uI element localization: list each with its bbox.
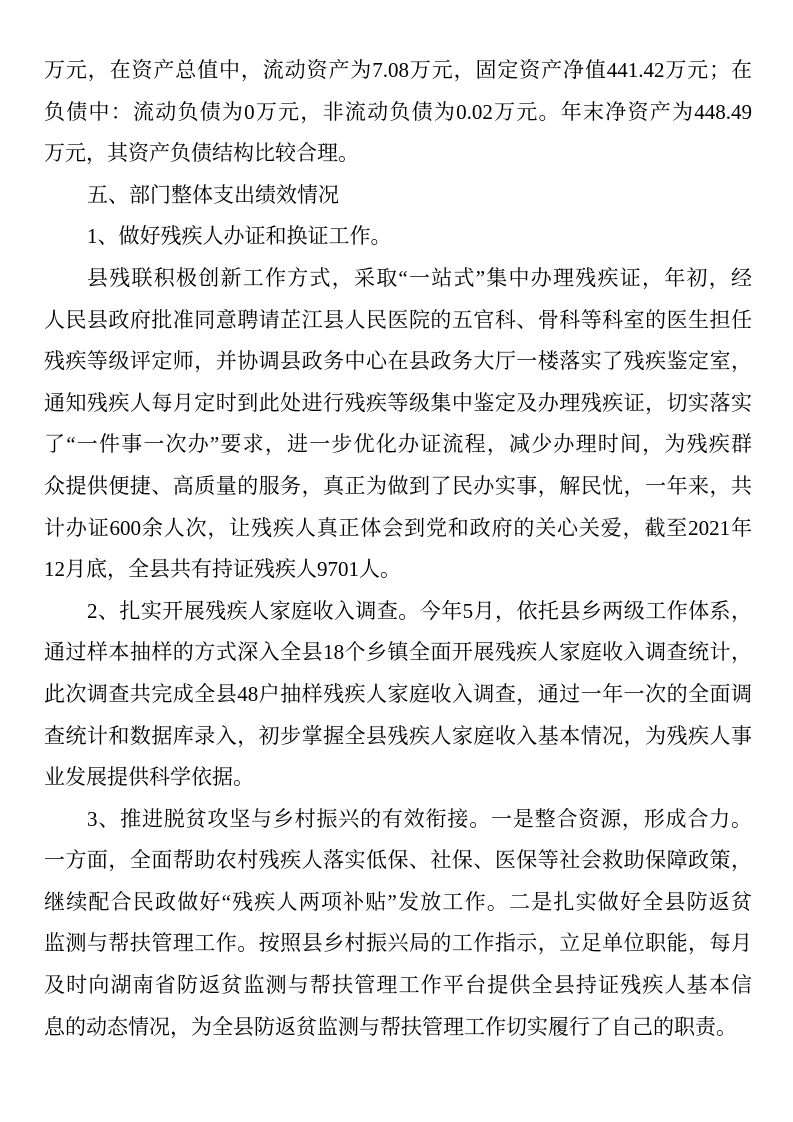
text-line: 此次调查共完成全县48户抽样残疾人家庭收入调查，通过一年一次的全面调: [44, 674, 752, 716]
paragraph-financial-summary: 万元，在资产总值中，流动资产为7.08万元，固定资产净值441.42万元；在 负…: [44, 50, 752, 175]
text-line: 众提供便捷、高质量的服务，真正为做到了民办实事，解民忧，一年来，共: [44, 466, 752, 508]
text-line: 及时向湖南省防返贫监测与帮扶管理工作平台提供全县持证残疾人基本信: [44, 965, 752, 1007]
text-line: 万元，在资产总值中，流动资产为7.08万元，固定资产净值441.42万元；在: [44, 50, 752, 92]
text-line: 12月底，全县共有持证残疾人9701人。: [44, 549, 752, 591]
section-heading: 五、部门整体支出绩效情况: [44, 175, 752, 217]
text-line: 万元，其资产负债结构比较合理。: [44, 133, 752, 175]
text-line: 3、推进脱贫攻坚与乡村振兴的有效衔接。一是整合资源，形成合力。: [44, 799, 752, 841]
text-line: 通过样本抽样的方式深入全县18个乡镇全面开展残疾人家庭收入调查统计，: [44, 632, 752, 674]
item-1-body: 县残联积极创新工作方式，采取“一站式”集中办理残疾证，年初，经 人民县政府批准同…: [44, 258, 752, 591]
item-3-body: 3、推进脱贫攻坚与乡村振兴的有效衔接。一是整合资源，形成合力。 一方面，全面帮助…: [44, 799, 752, 1049]
text-line: 继续配合民政做好“残疾人两项补贴”发放工作。二是扎实做好全县防返贫: [44, 882, 752, 924]
document-body: 万元，在资产总值中，流动资产为7.08万元，固定资产净值441.42万元；在 负…: [44, 50, 752, 1048]
text-line: 人民县政府批准同意聘请芷江县人民医院的五官科、骨科等科室的医生担任: [44, 300, 752, 342]
text-line: 县残联积极创新工作方式，采取“一站式”集中办理残疾证，年初，经: [44, 258, 752, 300]
text-line: 残疾等级评定师，并协调县政务中心在县政务大厅一楼落实了残疾鉴定室，: [44, 341, 752, 383]
text-line: 业发展提供科学依据。: [44, 757, 752, 799]
item-1-title: 1、做好残疾人办证和换证工作。: [44, 216, 752, 258]
text-line: 计办证600余人次，让残疾人真正体会到党和政府的关心关爱，截至2021年: [44, 508, 752, 550]
document-page: 万元，在资产总值中，流动资产为7.08万元，固定资产净值441.42万元；在 负…: [0, 0, 793, 1122]
text-line: 息的动态情况，为全县防返贫监测与帮扶管理工作切实履行了自己的职责。: [44, 1007, 752, 1049]
text-line: 负债中：流动负债为0万元，非流动负债为0.02万元。年末净资产为448.49: [44, 92, 752, 134]
text-line: 1、做好残疾人办证和换证工作。: [44, 216, 752, 258]
text-line: 一方面，全面帮助农村残疾人落实低保、社保、医保等社会救助保障政策，: [44, 840, 752, 882]
text-line: 通知残疾人每月定时到此处进行残疾等级集中鉴定及办理残疾证，切实落实: [44, 383, 752, 425]
text-line: 了“一件事一次办”要求，进一步优化办证流程，减少办理时间，为残疾群: [44, 424, 752, 466]
text-line: 查统计和数据库录入，初步掌握全县残疾人家庭收入基本情况，为残疾人事: [44, 716, 752, 758]
text-line: 监测与帮扶管理工作。按照县乡村振兴局的工作指示，立足单位职能，每月: [44, 923, 752, 965]
section-heading-text: 五、部门整体支出绩效情况: [44, 175, 752, 217]
text-line: 2、扎实开展残疾人家庭收入调查。今年5月，依托县乡两级工作体系，: [44, 591, 752, 633]
item-2-body: 2、扎实开展残疾人家庭收入调查。今年5月，依托县乡两级工作体系， 通过样本抽样的…: [44, 591, 752, 799]
